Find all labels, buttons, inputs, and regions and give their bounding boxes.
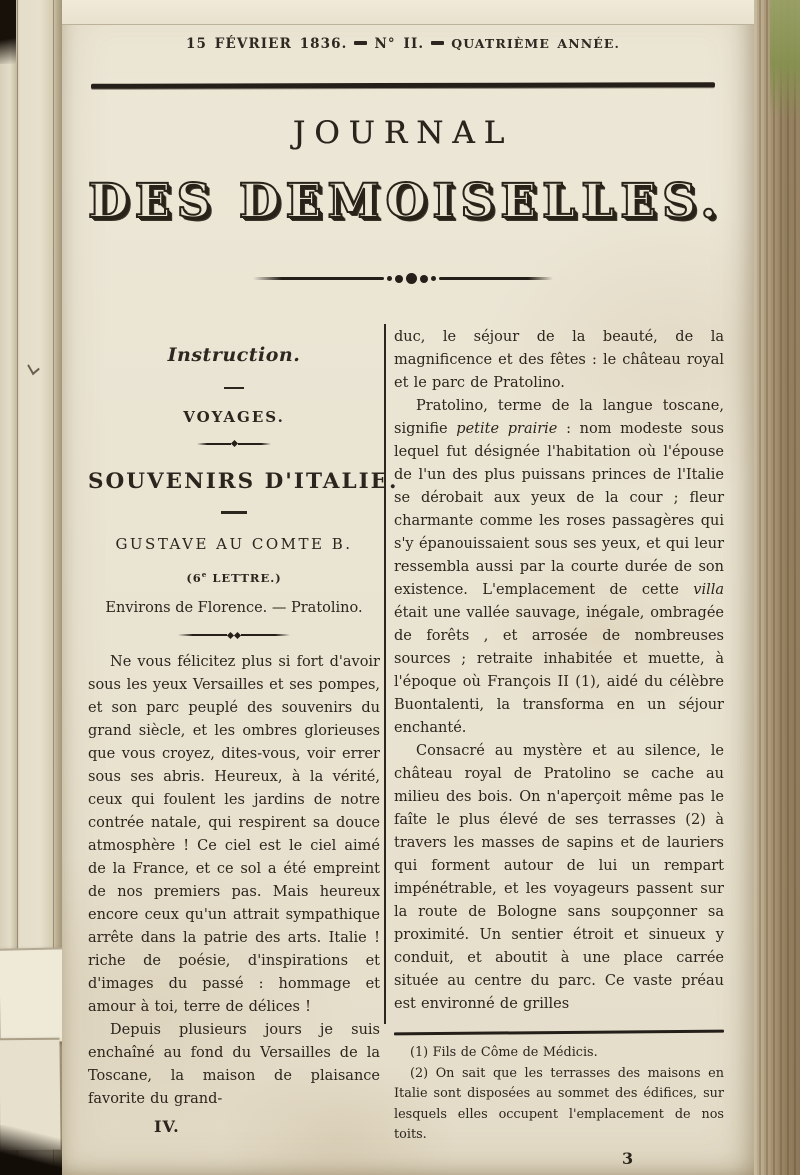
header-dash-icon (431, 41, 444, 45)
paragraph: Pratolino, terme de la langue toscane, s… (394, 395, 724, 740)
paragraph: Consacré au mystère et au silence, le ch… (394, 740, 724, 1016)
text-segment: (6 (186, 571, 201, 585)
category-heading: VOYAGES. (88, 408, 380, 426)
ornament-line (241, 634, 290, 636)
column-rule (384, 324, 386, 1024)
two-column-layout: Instruction. VOYAGES. SOUVENIRS D'ITALIE… (88, 324, 718, 1168)
ornament-line (238, 443, 272, 445)
page-content: 15 FÉVRIER 1836.N° II.QUATRIÈME ANNÉE. J… (88, 24, 718, 1175)
issue-header: 15 FÉVRIER 1836.N° II.QUATRIÈME ANNÉE. (88, 36, 718, 52)
ornament-line (178, 634, 227, 636)
book-photo: { "theme": { "paper": "#e9e3d1", "ink": … (0, 0, 800, 1175)
ornament-diamond (234, 632, 241, 639)
location-line: Environs de Florence. — Pratolino. (88, 600, 380, 616)
masthead-demoiselles: DES DEMOISELLES. (88, 174, 718, 229)
signature-mark: IV. (154, 1117, 380, 1136)
book-fore-edge (752, 0, 800, 1175)
divider-line (253, 277, 384, 280)
left-column-text: Ne vous félicitez plus si fort d'avoir s… (88, 651, 380, 1111)
heavy-rule (91, 82, 715, 89)
footnote-rule (394, 1030, 724, 1036)
divider-bead (395, 275, 403, 283)
ornament-diamond (230, 440, 237, 447)
article-byline: GUSTAVE AU COMTE B. (88, 535, 380, 553)
left-column: Instruction. VOYAGES. SOUVENIRS D'ITALIE… (88, 324, 380, 1168)
knot-ornament (178, 633, 290, 638)
divider-line (439, 277, 553, 280)
issue-number: N° II. (374, 36, 424, 52)
dash-rule (224, 387, 244, 389)
paragraph: duc, le séjour de la beauté, de la magni… (394, 326, 724, 395)
bead-divider-ornament (253, 273, 553, 284)
page-number: 3 (622, 1149, 724, 1168)
paragraph: (1) Fils de Côme de Médicis. (394, 1043, 724, 1064)
text-segment: était une vallée sauvage, inégale, ombra… (394, 605, 724, 736)
text-segment: Depuis plusieurs jours je suis enchaîné … (88, 1022, 380, 1107)
text-segment: (1) Fils de Côme de Médicis. (410, 1045, 598, 1060)
issue-year: QUATRIÈME ANNÉE. (451, 36, 620, 51)
text-segment: Consacré au mystère et au silence, le ch… (394, 743, 724, 1012)
paragraph: Depuis plusieurs jours je suis enchaîné … (88, 1019, 380, 1111)
text-segment: petite prairie (456, 421, 557, 437)
divider-bead (406, 273, 417, 284)
paragraph: Ne vous félicitez plus si fort d'avoir s… (88, 651, 380, 1019)
journal-page: 15 FÉVRIER 1836.N° II.QUATRIÈME ANNÉE. J… (62, 0, 754, 1175)
right-column: duc, le séjour de la beauté, de la magni… (394, 324, 724, 1168)
footnote-entries: (1) Fils de Côme de Médicis.(2) On sait … (394, 1043, 724, 1146)
book-cover-corner-top-left (0, 0, 16, 64)
letter-number: (6e LETTRE.) (88, 570, 380, 585)
text-segment: duc, le séjour de la beauté, de la magni… (394, 329, 724, 391)
section-heading: Instruction. (88, 344, 380, 366)
ornament-line (197, 443, 231, 445)
text-segment: Ne vous félicitez plus si fort d'avoir s… (88, 654, 380, 1015)
page-top-edge (62, 0, 754, 25)
header-dash-icon (354, 41, 367, 45)
footnotes-block: (1) Fils de Côme de Médicis.(2) On sait … (394, 1031, 724, 1146)
article-title: SOUVENIRS D'ITALIE. (88, 469, 380, 494)
text-segment: : nom modeste sous lequel fut désignée l… (394, 421, 724, 598)
dash-rule (221, 511, 247, 514)
right-column-text: duc, le séjour de la beauté, de la magni… (394, 326, 724, 1016)
knot-ornament (197, 441, 271, 446)
divider-bead (420, 275, 428, 283)
issue-date: 15 FÉVRIER 1836. (186, 36, 347, 52)
cover-green-corner (770, 0, 800, 118)
masthead-journal: JOURNAL (88, 115, 718, 151)
text-segment: (2) On sait que les terrasses des maison… (394, 1066, 724, 1143)
underlying-page-corner (0, 947, 69, 1042)
paragraph: (2) On sait que les terrasses des maison… (394, 1064, 724, 1146)
divider-bead (387, 276, 392, 281)
text-segment: LETTRE.) (207, 571, 281, 585)
divider-bead (431, 276, 436, 281)
text-segment: villa (693, 582, 724, 598)
